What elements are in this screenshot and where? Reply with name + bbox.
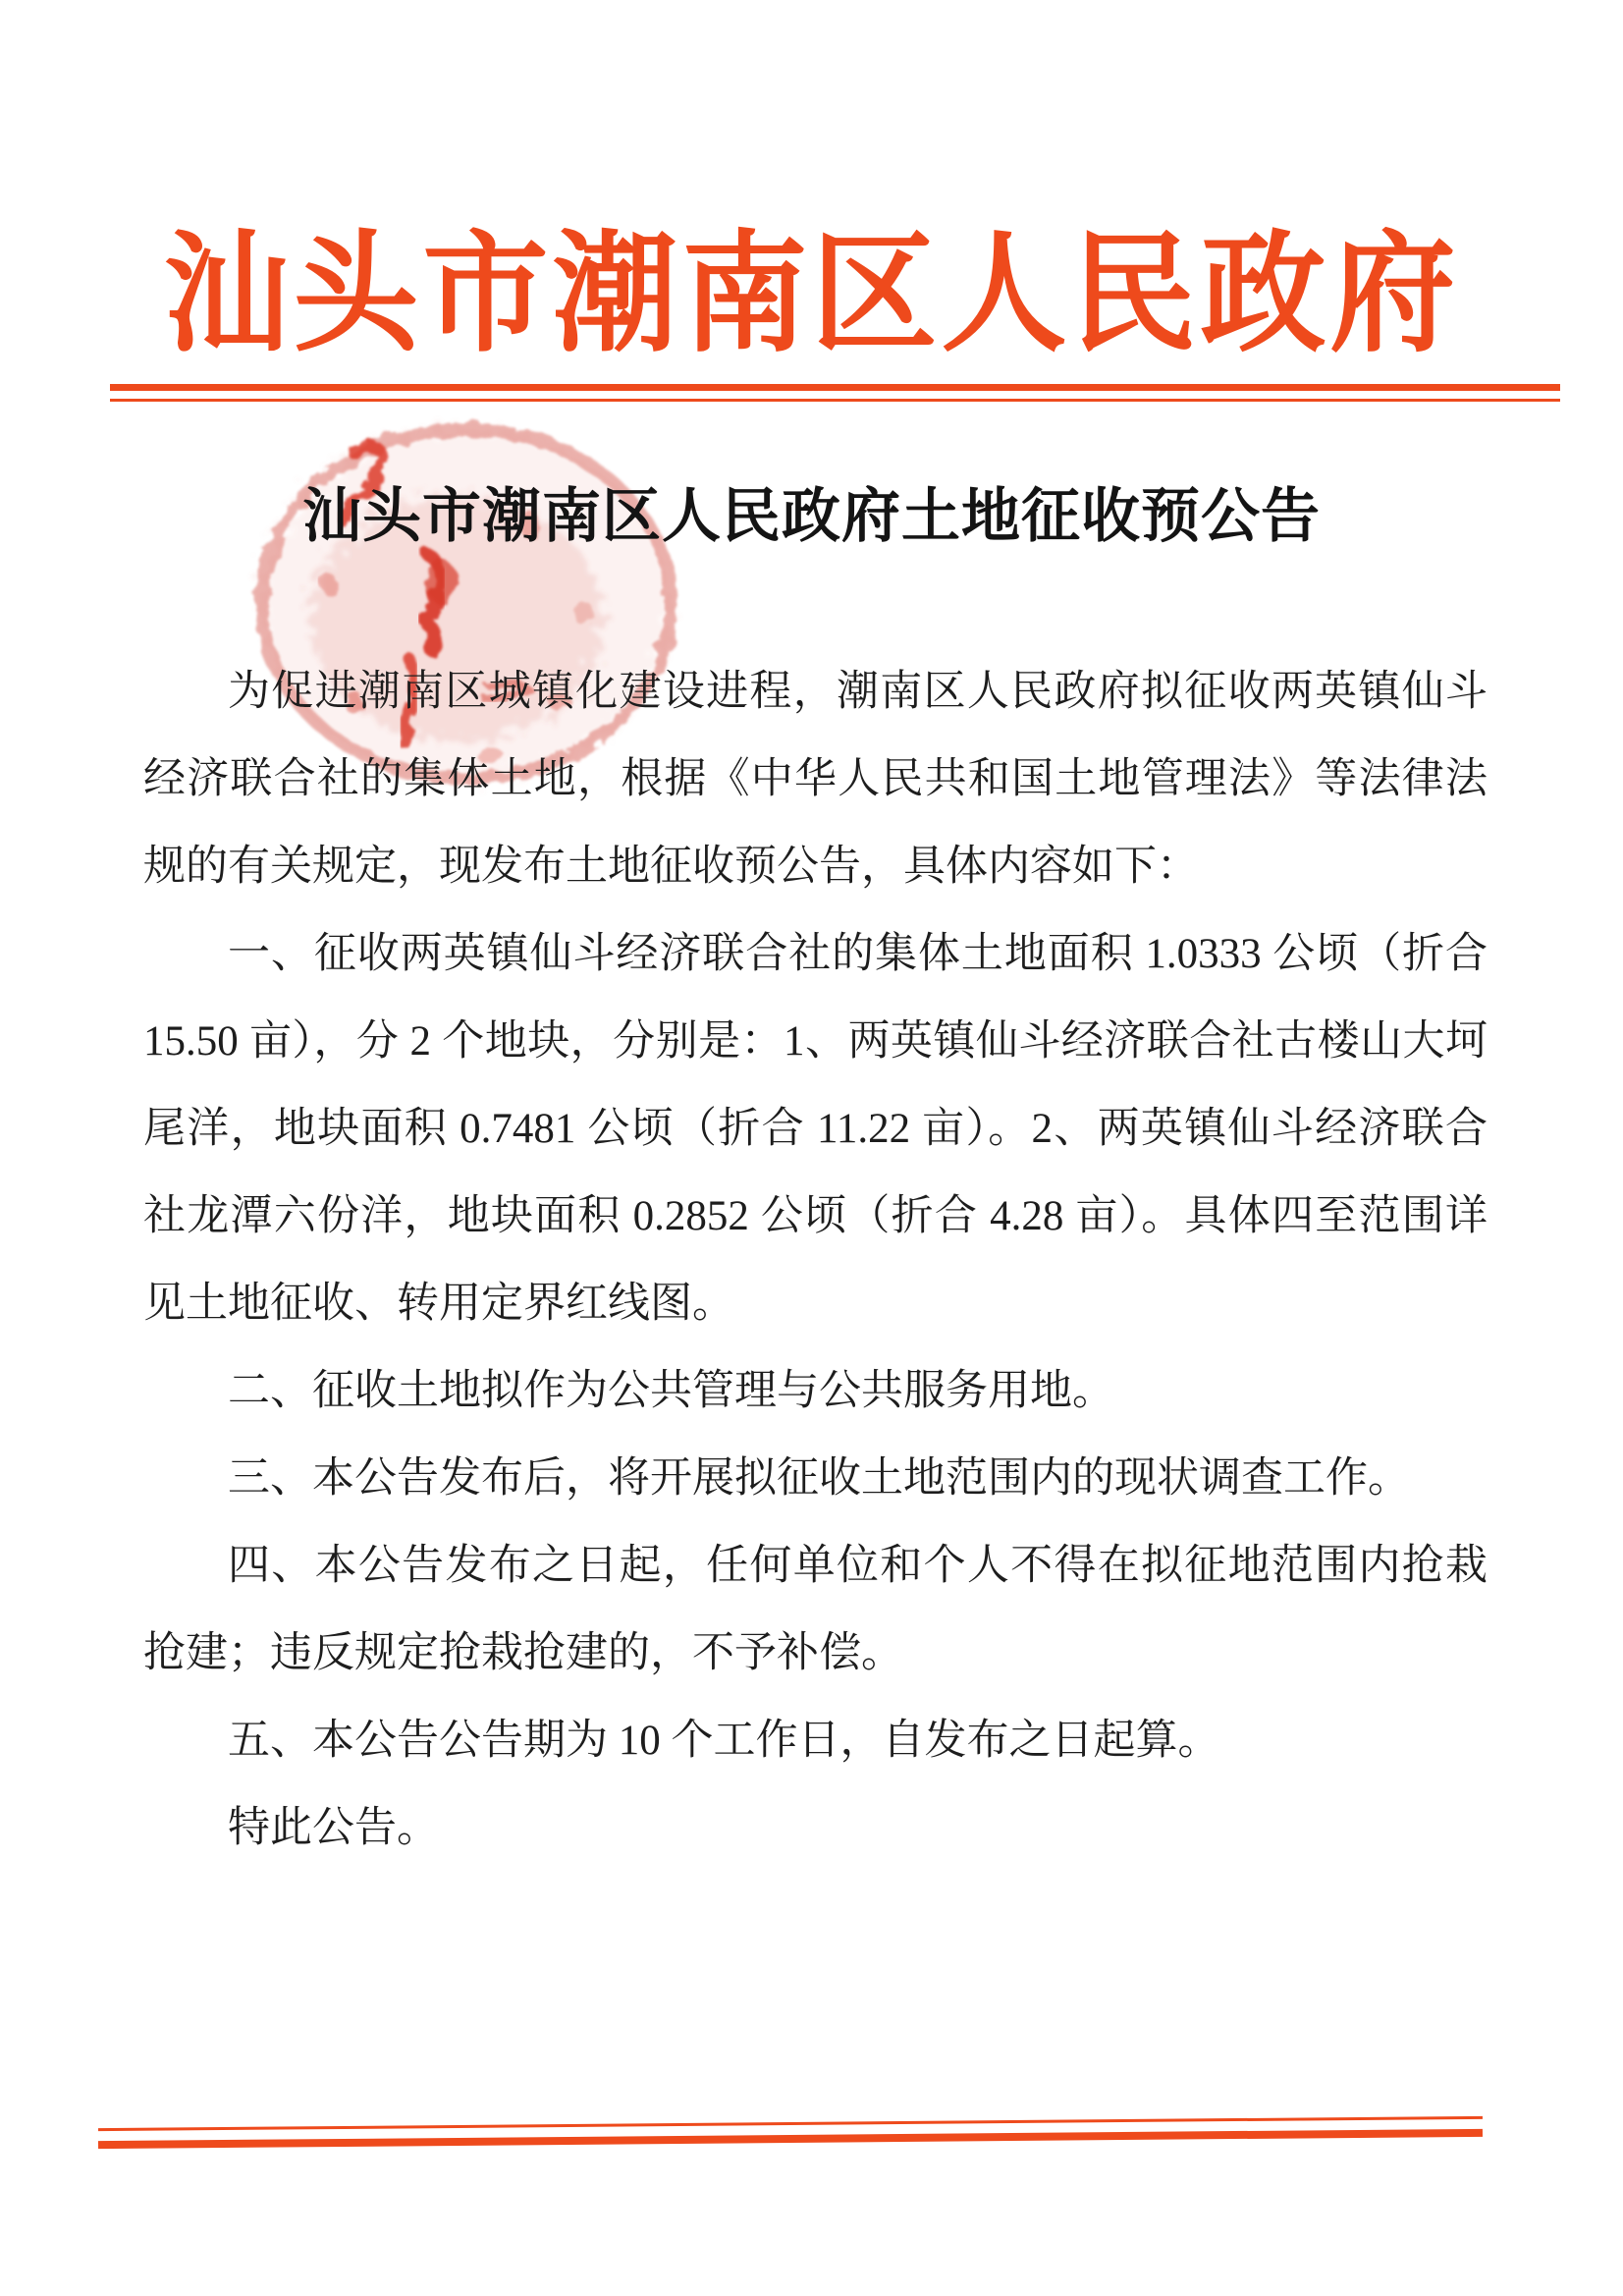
footer-rule-thin (98, 2116, 1483, 2131)
paragraph-intro: 为促进潮南区城镇化建设进程，潮南区人民政府拟征收两英镇仙斗经济联合社的集体土地，… (143, 648, 1488, 910)
header-rule-thick (110, 384, 1560, 391)
footer-rule-thick (98, 2129, 1483, 2149)
letterhead-org-name: 汕头市潮南区人民政府 (0, 189, 1623, 376)
document-page: 汕头市潮南区人民政府 (0, 0, 1623, 2296)
document-title: 汕头市潮南区人民政府土地征收预公告 (0, 469, 1623, 554)
header-rule-thin (110, 399, 1560, 402)
paragraph-item-5: 五、本公告公告期为 10 个工作日，自发布之日起算。 (143, 1697, 1488, 1784)
paragraph-item-2: 二、征收土地拟作为公共管理与公共服务用地。 (143, 1347, 1488, 1435)
paragraph-closing: 特此公告。 (143, 1784, 1488, 1872)
document-body: 为促进潮南区城镇化建设进程，潮南区人民政府拟征收两英镇仙斗经济联合社的集体土地，… (143, 648, 1488, 1872)
paragraph-item-4: 四、本公告发布之日起，任何单位和个人不得在拟征地范围内抢栽抢建；违反规定抢栽抢建… (143, 1522, 1488, 1697)
paragraph-item-3: 三、本公告发布后，将开展拟征收土地范围内的现状调查工作。 (143, 1435, 1488, 1522)
paragraph-item-1: 一、征收两英镇仙斗经济联合社的集体土地面积 1.0333 公顷（折合 15.50… (143, 910, 1488, 1347)
